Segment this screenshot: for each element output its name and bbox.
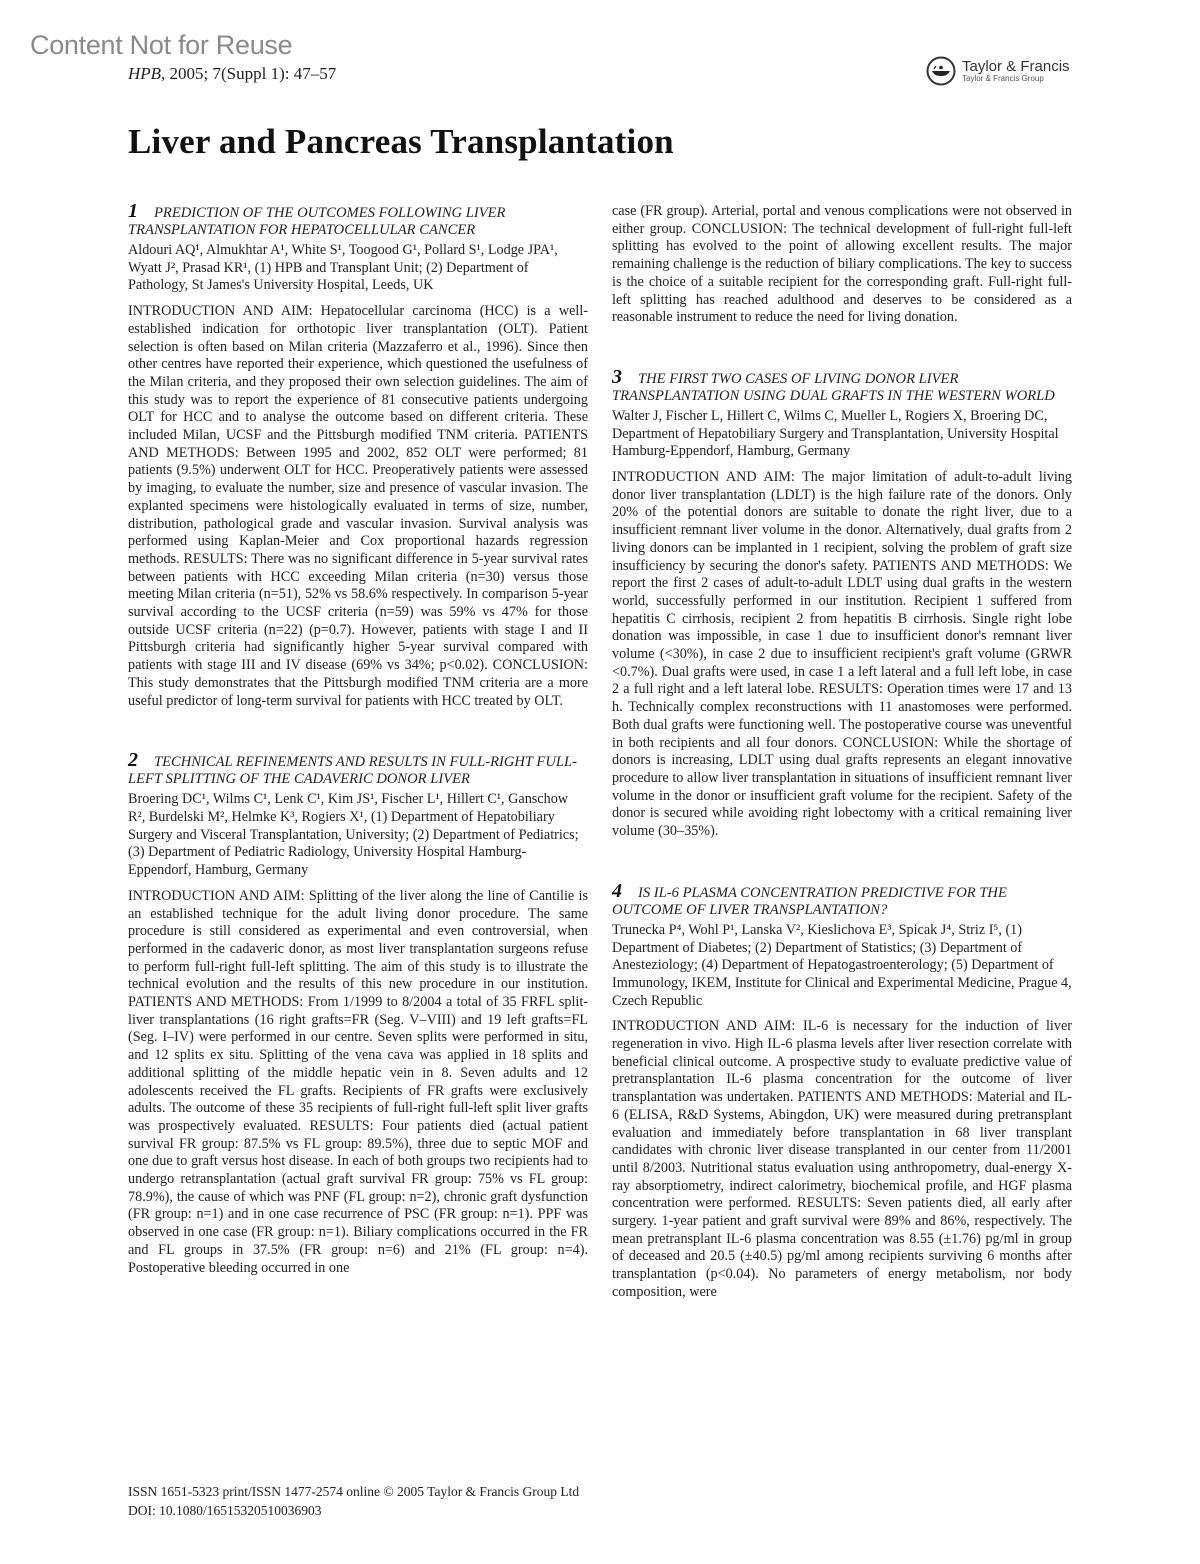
abstract-title: 4IS IL-6 PLASMA CONCENTRATION PREDICTIVE… (612, 883, 1072, 919)
abstract-body: INTRODUCTION AND AIM: The major limitati… (612, 469, 1072, 841)
abstract-2: 2TECHNICAL REFINEMENTS AND RESULTS IN FU… (128, 752, 588, 1277)
abstract-number: 2 (128, 749, 138, 771)
abstract-body-continued: case (FR group). Arterial, portal and ve… (612, 203, 1072, 327)
abstract-title: 1PREDICTION OF THE OUTCOMES FOLLOWING LI… (128, 203, 588, 239)
doi-line: DOI: 10.1080/16515320510036903 (128, 1501, 579, 1520)
abstract-number: 3 (612, 366, 622, 388)
abstract-1: 1PREDICTION OF THE OUTCOMES FOLLOWING LI… (128, 203, 588, 710)
page-title: Liver and Pancreas Transplantation (128, 122, 674, 162)
abstract-title: 3THE FIRST TWO CASES OF LIVING DONOR LIV… (612, 369, 1072, 405)
watermark-text: Content Not for Reuse (30, 30, 292, 61)
abstract-title: 2TECHNICAL REFINEMENTS AND RESULTS IN FU… (128, 752, 588, 788)
left-column: 1PREDICTION OF THE OUTCOMES FOLLOWING LI… (128, 203, 588, 1277)
abstract-4: 4IS IL-6 PLASMA CONCENTRATION PREDICTIVE… (612, 883, 1072, 1302)
taylor-francis-lamp-icon (926, 56, 956, 86)
abstract-authors: Broering DC¹, Wilms C¹, Lenk C¹, Kim JS¹… (128, 791, 588, 880)
publisher-group: Taylor & Francis Group (962, 74, 1070, 84)
citation-details: , 2005; 7(Suppl 1): 47–57 (161, 64, 336, 83)
abstract-authors: Trunecka P⁴, Wohl P¹, Lanska V², Kieslic… (612, 922, 1072, 1011)
abstract-number: 4 (612, 880, 622, 902)
abstract-body: INTRODUCTION AND AIM: IL-6 is necessary … (612, 1018, 1072, 1301)
publisher-name: Taylor & Francis (962, 59, 1070, 74)
journal-citation: HPB, 2005; 7(Suppl 1): 47–57 (128, 64, 336, 84)
abstract-number: 1 (128, 200, 138, 222)
abstract-authors: Aldouri AQ¹, Almukhtar A¹, White S¹, Too… (128, 242, 588, 295)
abstract-3: 3THE FIRST TWO CASES OF LIVING DONOR LIV… (612, 369, 1072, 841)
issn-line: ISSN 1651-5323 print/ISSN 1477-2574 onli… (128, 1482, 579, 1501)
page-footer: ISSN 1651-5323 print/ISSN 1477-2574 onli… (128, 1482, 579, 1520)
journal-name: HPB (128, 64, 161, 83)
publisher-logo: Taylor & Francis Taylor & Francis Group (926, 56, 1070, 86)
abstract-body: INTRODUCTION AND AIM: Splitting of the l… (128, 888, 588, 1277)
abstract-authors: Walter J, Fischer L, Hillert C, Wilms C,… (612, 408, 1072, 461)
abstract-body: INTRODUCTION AND AIM: Hepatocellular car… (128, 303, 588, 710)
right-column: case (FR group). Arterial, portal and ve… (612, 203, 1072, 1302)
